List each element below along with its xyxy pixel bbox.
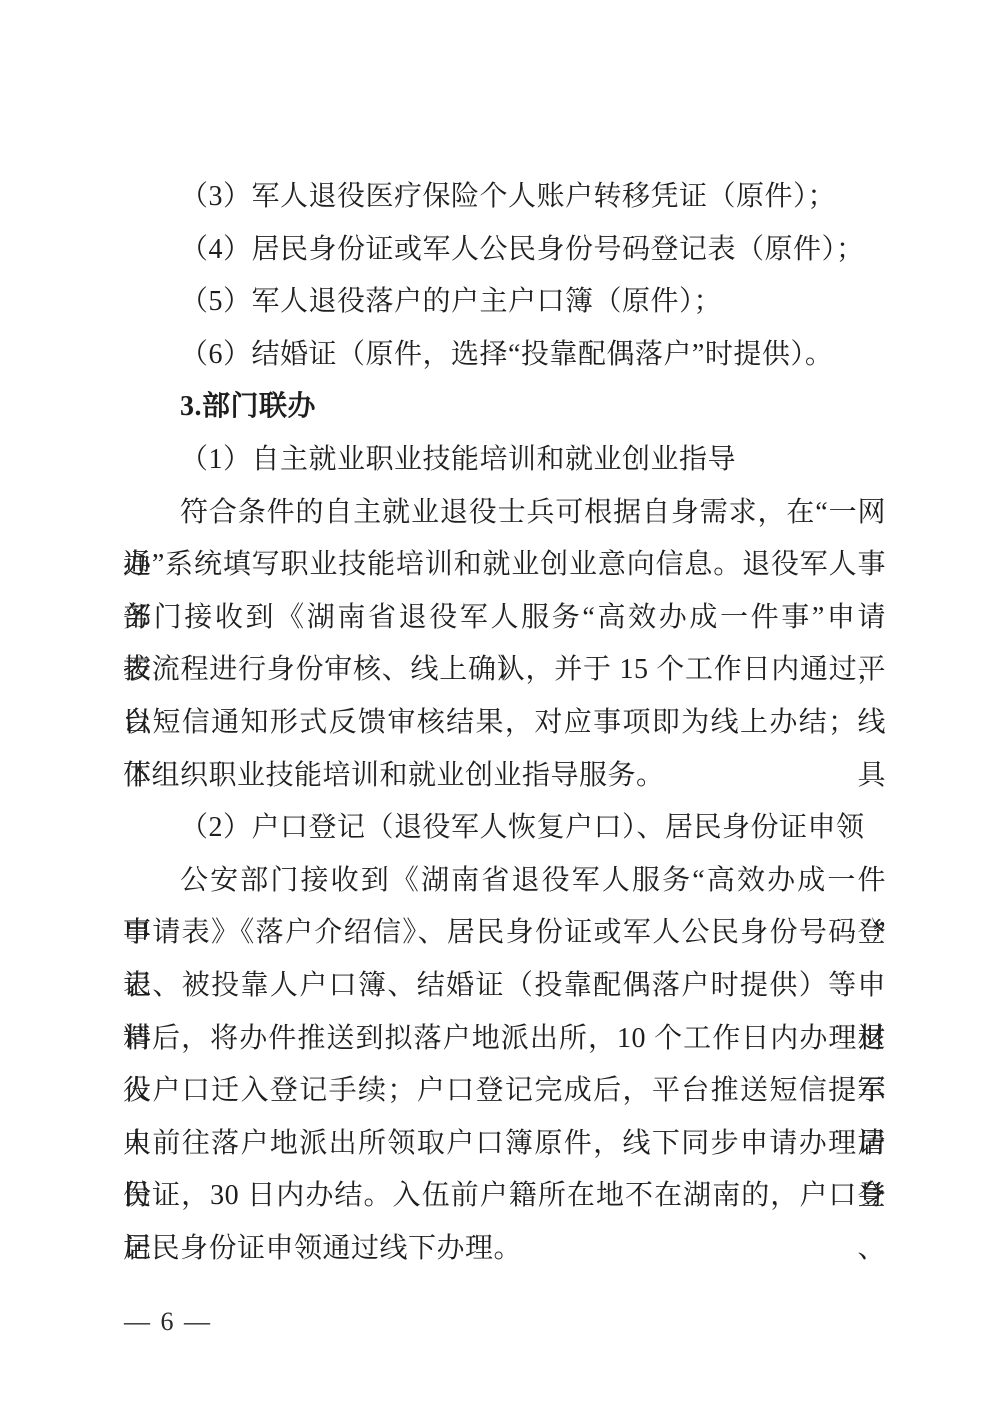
text-line: 份证，30 日内办结。入伍前户籍所在地不在湖南的，户口登记、: [123, 1170, 886, 1223]
document-page: （3）军人退役医疗保险个人账户转移凭证（原件）； （4）居民身份证或军人公民身份…: [0, 0, 1000, 1414]
section-heading: 3.部门联办: [123, 381, 886, 434]
text-line: 料后，将办件推送到拟落户地派出所，10 个工作日内办理退役军: [123, 1013, 886, 1066]
text-line: 申请表》《落户介绍信》、居民身份证或军人公民身份号码登记: [123, 907, 886, 960]
text-line: 按流程进行身份审核、线上确认，并于 15 个工作日内通过平台: [123, 644, 886, 697]
text-line-item-4: （4）居民身份证或军人公民身份号码登记表（原件）；: [123, 224, 886, 277]
subsection-heading-2: （2）户口登记（退役军人恢复户口）、居民身份证申领: [123, 802, 886, 855]
text-line-item-6: （6）结婚证（原件，选择“投靠配偶落户”时提供）。: [123, 329, 886, 382]
text-line: 以短信通知形式反馈审核结果，对应事项即为线上办结；线下具: [123, 697, 886, 750]
text-line: 表、被投靠人户口簿、结婚证（投靠配偶落户时提供）等申请材: [123, 960, 886, 1013]
text-line: 人户口迁入登记手续；户口登记完成后，平台推送短信提示申请: [123, 1065, 886, 1118]
text-line: 符合条件的自主就业退役士兵可根据自身需求，在“一网通: [123, 487, 886, 540]
page-number: — 6 —: [124, 1303, 212, 1341]
document-body: （3）军人退役医疗保险个人账户转移凭证（原件）； （4）居民身份证或军人公民身份…: [123, 171, 886, 1275]
text-line-item-5: （5）军人退役落户的户主户口簿（原件）；: [123, 276, 886, 329]
text-line: 公安部门接收到《湖南省退役军人服务“高效办成一件事”: [123, 855, 886, 908]
text-line: 人前往落户地派出所领取户口簿原件，线下同步申请办理居民身: [123, 1118, 886, 1171]
subsection-heading-1: （1）自主就业职业技能培训和就业创业指导: [123, 434, 886, 487]
text-line: 部门接收到《湖南省退役军人服务“高效办成一件事”申请表》，: [123, 592, 886, 645]
text-line: 办”系统填写职业技能培训和就业创业意向信息。退役军人事务: [123, 539, 886, 592]
text-line-item-3: （3）军人退役医疗保险个人账户转移凭证（原件）；: [123, 171, 886, 224]
